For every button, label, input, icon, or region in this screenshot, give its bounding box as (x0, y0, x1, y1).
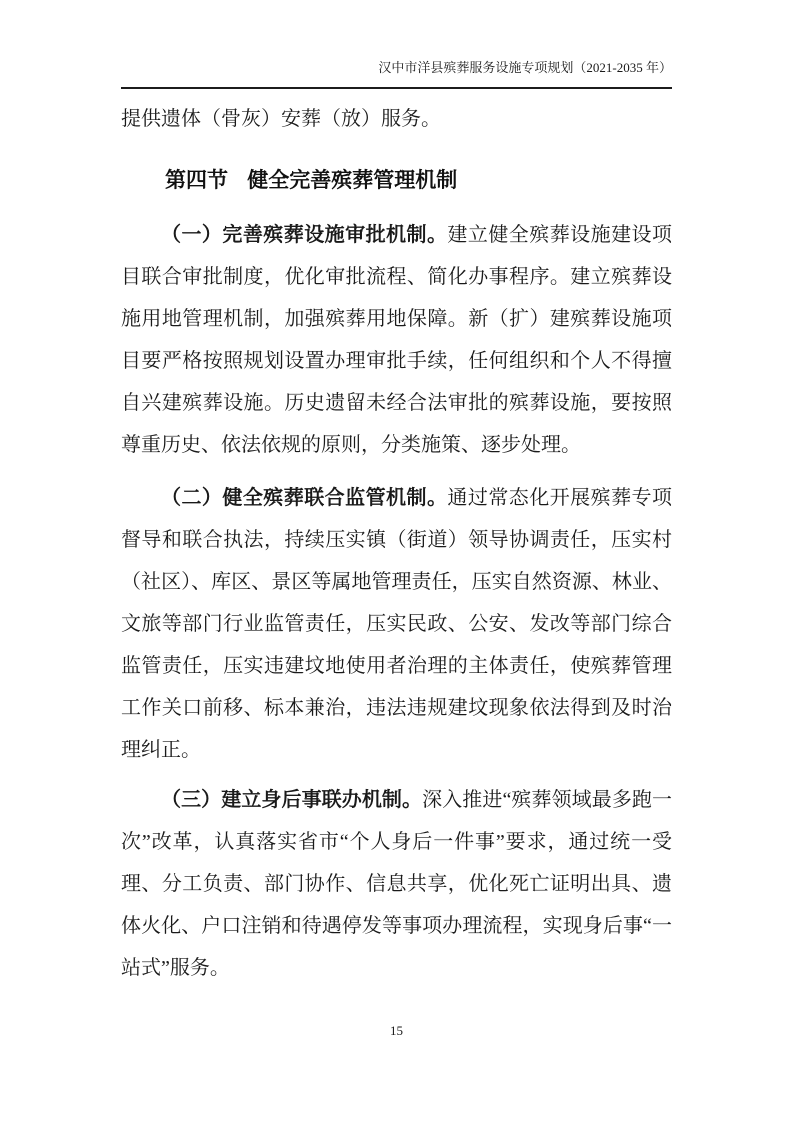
paragraph-3-lead: （三）建立身后事联办机制。 (161, 789, 422, 811)
paragraph-3: （三）建立身后事联办机制。深入推进“殡葬领域最多跑一次”改革，认真落实省市“个人… (121, 779, 672, 989)
paragraph-2-text: 通过常态化开展殡葬专项督导和联合执法，持续压实镇（街道）领导协调责任，压实村（社… (121, 487, 672, 761)
paragraph-3-text: 深入推进“殡葬领域最多跑一次”改革，认真落实省市“个人身后一件事”要求，通过统一… (121, 789, 672, 979)
document-page: 汉中市洋县殡葬服务设施专项规划（2021-2035 年） 提供遗体（骨灰）安葬（… (0, 0, 793, 1122)
page-header: 汉中市洋县殡葬服务设施专项规划（2021-2035 年） (121, 0, 672, 76)
section-heading: 第四节 健全完善殡葬管理机制 (165, 159, 672, 201)
paragraph-1-text: 建立健全殡葬设施建设项目联合审批制度，优化审批流程、简化办事程序。建立殡葬设施用… (121, 224, 672, 456)
page-number: 15 (0, 1023, 793, 1039)
document-body: 提供遗体（骨灰）安葬（放）服务。 第四节 健全完善殡葬管理机制 （一）完善殡葬设… (121, 98, 672, 989)
paragraph-1-lead: （一）完善殡葬设施审批机制。 (161, 224, 447, 246)
paragraph-1: （一）完善殡葬设施审批机制。建立健全殡葬设施建设项目联合审批制度，优化审批流程、… (121, 214, 672, 466)
header-divider (121, 87, 672, 89)
intro-paragraph: 提供遗体（骨灰）安葬（放）服务。 (121, 98, 672, 140)
paragraph-2: （二）健全殡葬联合监管机制。通过常态化开展殡葬专项督导和联合执法，持续压实镇（街… (121, 477, 672, 771)
paragraph-2-lead: （二）健全殡葬联合监管机制。 (161, 487, 447, 509)
header-title: 汉中市洋县殡葬服务设施专项规划（2021-2035 年） (378, 60, 672, 75)
